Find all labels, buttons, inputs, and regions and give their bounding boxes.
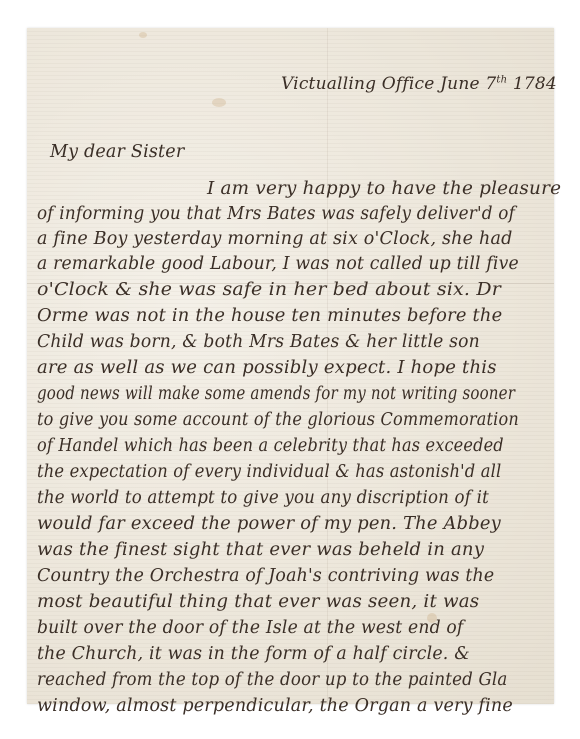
letter-line: a remarkable good Labour, I was not call…	[37, 254, 519, 274]
salutation: My dear Sister	[50, 142, 184, 162]
letter-line: the world to attempt to give you any dis…	[37, 488, 489, 508]
letter-line: I am very happy to have the pleasure	[207, 179, 561, 199]
letter-page: Victualling Office June 7th 1784 My dear…	[27, 28, 554, 704]
letter-line: o'Clock & she was safe in her bed about …	[37, 280, 501, 300]
heading-date-suffix: th	[496, 74, 507, 85]
letter-line: a fine Boy yesterday morning at six o'Cl…	[37, 229, 512, 249]
letter-line: was the finest sight that ever was behel…	[37, 540, 484, 560]
letter-line: the Church, it was in the form of a half…	[37, 644, 470, 664]
letter-line: window, almost perpendicular, the Organ …	[37, 696, 513, 716]
letter-heading: Victualling Office June 7th 1784	[281, 74, 557, 94]
letter-line: to give you some account of the glorious…	[37, 410, 519, 430]
letter-line: of informing you that Mrs Bates was safe…	[37, 204, 515, 224]
letter-line: built over the door of the Isle at the w…	[37, 618, 463, 638]
letter-line: of Handel which has been a celebrity tha…	[37, 436, 504, 456]
heading-year: 1784	[513, 74, 557, 94]
letter-line: Country the Orchestra of Joah's contrivi…	[37, 566, 494, 586]
letter-line: Orme was not in the house ten minutes be…	[37, 306, 502, 326]
ink-stain	[139, 32, 147, 38]
letter-line: most beautiful thing that ever was seen,…	[37, 592, 479, 612]
ink-stain	[212, 98, 226, 107]
letter-line: reached from the top of the door up to t…	[37, 670, 508, 690]
letter-line: the expectation of every individual & ha…	[37, 462, 501, 482]
heading-date: June 7	[440, 74, 496, 94]
letter-line: Child was born, & both Mrs Bates & her l…	[37, 332, 480, 352]
letter-line: are as well as we can possibly expect. I…	[37, 358, 497, 378]
letter-line: would far exceed the power of my pen. Th…	[37, 514, 501, 534]
letter-line: good news will make some amends for my n…	[37, 384, 515, 404]
heading-place: Victualling Office	[281, 74, 435, 94]
